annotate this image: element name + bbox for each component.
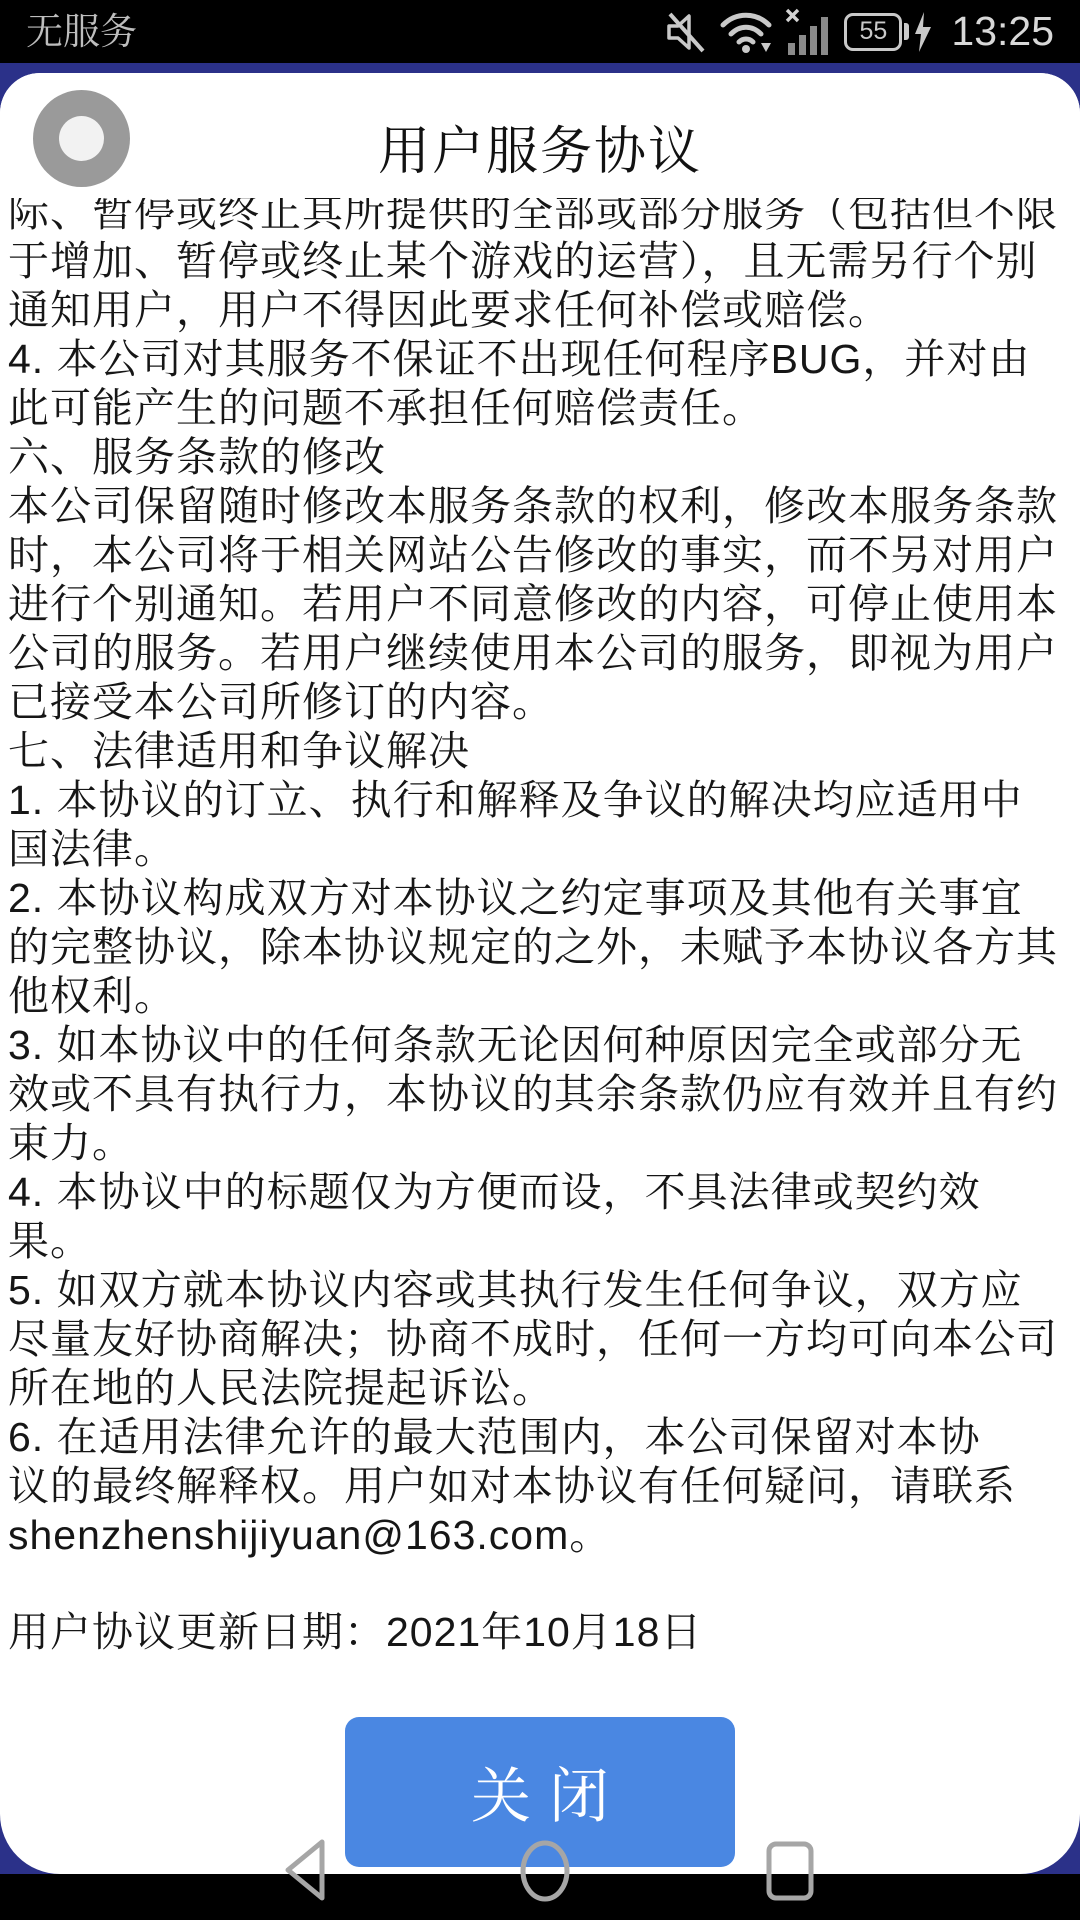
agreement-line: 5. 如双方就本协议内容或其执行发生任何争议，双方应	[8, 1266, 1072, 1315]
agreement-line: 效或不具有执行力，本协议的其余条款仍应有效并且有约	[8, 1070, 1072, 1119]
agreement-line: 他权利。	[8, 972, 1072, 1021]
status-bar: 无服务 55	[0, 0, 1080, 63]
battery-nub	[904, 23, 909, 40]
agreement-line: 果。	[8, 1217, 1072, 1266]
dialog-title: 用户服务协议	[0, 109, 1080, 184]
agreement-line: 际、暂停或终止其所提供的全部或部分服务（包括但不限	[8, 198, 1072, 237]
wifi-icon	[720, 10, 772, 54]
ring-logo-icon	[33, 90, 130, 187]
back-icon[interactable]	[282, 1838, 332, 1902]
agreement-text: 际、暂停或终止其所提供的全部或部分服务（包括但不限于增加、暂停或终止某个游戏的运…	[8, 198, 1072, 1560]
agreement-line: 4. 本公司对其服务不保证不出现任何程序BUG，并对由	[8, 335, 1072, 384]
user-agreement-dialog: 用户服务协议 际、暂停或终止其所提供的全部或部分服务（包括但不限于增加、暂停或终…	[0, 73, 1080, 1874]
battery-charging-icon: 55	[844, 12, 934, 52]
agreement-line: 1. 本协议的订立、执行和解释及争议的解决均应适用中	[8, 776, 1072, 825]
agreement-line: 束力。	[8, 1119, 1072, 1168]
ring-logo-center	[59, 116, 104, 161]
status-time: 13:25	[951, 0, 1054, 63]
agreement-line: 时，本公司将于相关网站公告修改的事实，而不另对用户	[8, 531, 1072, 580]
agreement-line: 尽量友好协商解决；协商不成时，任何一方均可向本公司	[8, 1315, 1072, 1364]
agreement-line: 本公司保留随时修改本服务条款的权利，修改本服务条款	[8, 482, 1072, 531]
phone-screen: 无服务 55	[0, 0, 1080, 1920]
agreement-line: 议的最终解释权。用户如对本协议有任何疑问，请联系	[8, 1462, 1072, 1511]
home-icon[interactable]	[519, 1839, 571, 1903]
carrier-label: 无服务	[26, 0, 137, 63]
signal-no-service-icon	[785, 8, 831, 55]
update-date: 用户协议更新日期：2021年10月18日	[8, 1608, 1072, 1657]
agreement-scroll-area[interactable]: 际、暂停或终止其所提供的全部或部分服务（包括但不限于增加、暂停或终止某个游戏的运…	[0, 198, 1080, 1874]
recents-icon[interactable]	[766, 1841, 816, 1901]
battery-level: 55	[859, 19, 887, 44]
agreement-line: 6. 在适用法律允许的最大范围内，本公司保留对本协	[8, 1413, 1072, 1462]
agreement-line: 已接受本公司所修订的内容。	[8, 678, 1072, 727]
agreement-line: 所在地的人民法院提起诉讼。	[8, 1364, 1072, 1413]
speaker-muted-icon	[663, 9, 707, 55]
agreement-line: 3. 如本协议中的任何条款无论因何种原因完全或部分无	[8, 1021, 1072, 1070]
agreement-line: 公司的服务。若用户继续使用本公司的服务，即视为用户	[8, 629, 1072, 678]
charging-bolt-icon	[912, 12, 934, 52]
agreement-line: 此可能产生的问题不承担任何赔偿责任。	[8, 384, 1072, 433]
agreement-line: shenzhenshijiyuan@163.com。	[8, 1511, 1072, 1560]
status-icons: 55 13:25	[663, 0, 1054, 63]
agreement-line: 进行个别通知。若用户不同意修改的内容，可停止使用本	[8, 580, 1072, 629]
agreement-line: 4. 本协议中的标题仅为方便而设，不具法律或契约效	[8, 1168, 1072, 1217]
agreement-line: 七、法律适用和争议解决	[8, 727, 1072, 776]
battery-body: 55	[844, 13, 902, 51]
agreement-line: 通知用户，用户不得因此要求任何补偿或赔偿。	[8, 286, 1072, 335]
agreement-line: 的完整协议，除本协议规定的之外，未赋予本协议各方其	[8, 923, 1072, 972]
dialog-header: 用户服务协议	[0, 73, 1080, 198]
agreement-line: 2. 本协议构成双方对本协议之约定事项及其他有关事宜	[8, 874, 1072, 923]
agreement-line: 国法律。	[8, 825, 1072, 874]
agreement-line: 于增加、暂停或终止某个游戏的运营），且无需另行个别	[8, 237, 1072, 286]
agreement-line: 六、服务条款的修改	[8, 433, 1072, 482]
